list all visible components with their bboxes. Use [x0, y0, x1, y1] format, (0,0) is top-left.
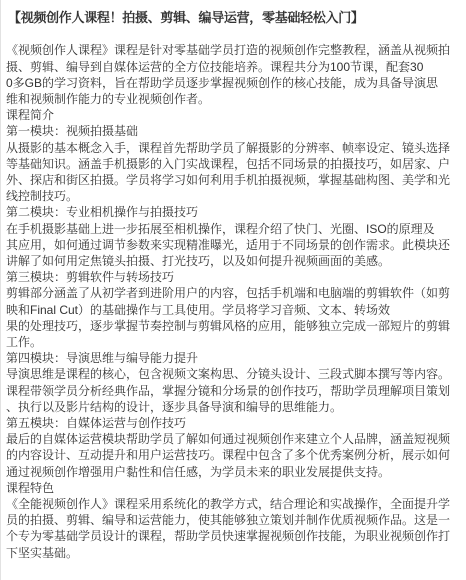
section-heading: 第三模块：剪辑软件与转场技巧: [6, 269, 459, 285]
section-heading: 第一模块：视频拍摄基础: [6, 123, 459, 139]
section-module-2: 第二模块：专业相机操作与拍摄技巧 在手机摄影基础上进一步拓展至相机操作，课程介绍…: [6, 204, 459, 269]
intro-paragraph: 《视频创作人课程》课程是针对零基础学员打造的视频创作完整教程，涵盖从视频拍 摄、…: [6, 42, 459, 107]
page-title: 【视频创作人课程！拍摄、剪辑、编导运营，零基础轻松入门】: [8, 10, 459, 26]
section-heading: 第二模块：专业相机操作与拍摄技巧: [6, 204, 459, 220]
section-body: 最后的自媒体运营模块帮助学员了解如何通过视频创作来建立个人品牌，涵盖短视频 的内…: [6, 431, 459, 480]
section-heading: 课程简介: [6, 107, 459, 123]
section-module-4: 第四模块：导演思维与编导能力提升 导演思维是课程的核心，包含视频文案构思、分镜头…: [6, 350, 459, 415]
section-course-features: 课程特色 《全能视频创作人》课程采用系统化的教学方式，结合理论和实战操作，全面提…: [6, 480, 459, 561]
section-module-5: 第五模块：自媒体运营与创作技巧 最后的自媒体运营模块帮助学员了解如何通过视频创作…: [6, 415, 459, 480]
section-course-overview: 课程简介: [6, 107, 459, 123]
section-module-3: 第三模块：剪辑软件与转场技巧 剪辑部分涵盖了从初学者到进阶用户的内容，包括手机端…: [6, 269, 459, 350]
section-heading: 课程特色: [6, 480, 459, 496]
section-heading: 第五模块：自媒体运营与创作技巧: [6, 415, 459, 431]
section-heading: 第四模块：导演思维与编导能力提升: [6, 350, 459, 366]
section-body: 在手机摄影基础上进一步拓展至相机操作，课程介绍了快门、光圈、ISO的原理及 其应…: [6, 221, 459, 270]
section-body: 剪辑部分涵盖了从初学者到进阶用户的内容，包括手机端和电脑端的剪辑软件（如剪 映和…: [6, 285, 459, 350]
course-description-page: 【视频创作人课程！拍摄、剪辑、编导运营，零基础轻松入门】 《视频创作人课程》课程…: [0, 0, 466, 580]
section-body: 导演思维是课程的核心，包含视频文案构思、分镜头设计、三段式脚本撰写等内容。 课程…: [6, 366, 459, 415]
section-module-1: 第一模块：视频拍摄基础 从摄影的基本概念入手，课程首先帮助学员了解摄影的分辨率、…: [6, 123, 459, 204]
section-body: 从摄影的基本概念入手，课程首先帮助学员了解摄影的分辨率、帧率设定、镜头选择 等基…: [6, 140, 459, 205]
section-body: 《全能视频创作人》课程采用系统化的教学方式，结合理论和实战操作，全面提升学 员的…: [6, 496, 459, 561]
